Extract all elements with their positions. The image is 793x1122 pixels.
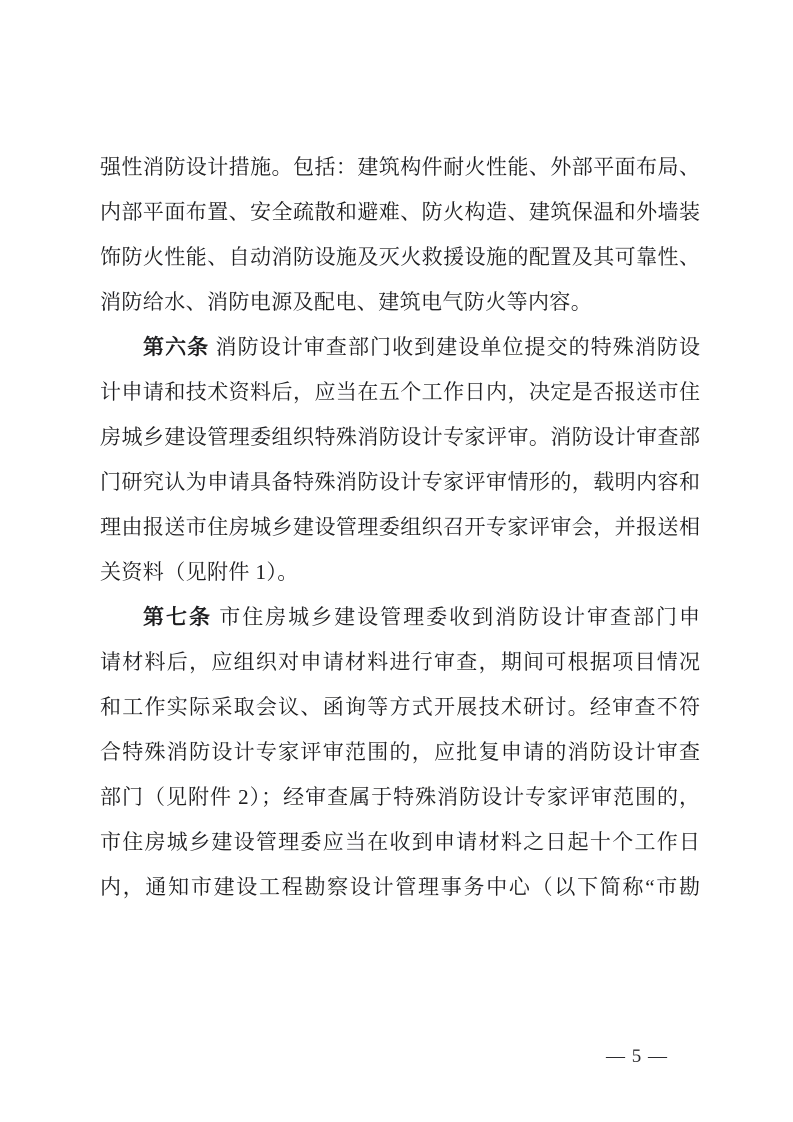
text-line: 和工作实际采取会议、函询等方式开展技术研讨。经审查不符 <box>100 685 700 730</box>
text-line: 合特殊消防设计专家评审范围的，应批复申请的消防设计审查 <box>100 730 700 775</box>
text-line: 请材料后，应组织对申请材料进行审查，期间可根据项目情况 <box>100 640 700 685</box>
text-line: 第七条 市住房城乡建设管理委收到消防设计审查部门申 <box>100 595 700 640</box>
text-line: 关资料（见附件 1）。 <box>100 550 700 595</box>
text-line: 市住房城乡建设管理委应当在收到申请材料之日起十个工作日 <box>100 820 700 865</box>
document-page: 强性消防设计措施。包括：建筑构件耐火性能、外部平面布局、内部平面布置、安全疏散和… <box>0 0 793 1122</box>
text-line: 饰防火性能、自动消防设施及灭火救援设施的配置及其可靠性、 <box>100 235 700 280</box>
text-line: 房城乡建设管理委组织特殊消防设计专家评审。消防设计审查部 <box>100 415 700 460</box>
text-line: 消防给水、消防电源及配电、建筑电气防火等内容。 <box>100 280 700 325</box>
text-line: 内部平面布置、安全疏散和避难、防火构造、建筑保温和外墙装 <box>100 190 700 235</box>
text-line: 内，通知市建设工程勘察设计管理事务中心（以下简称“市勘 <box>100 865 700 910</box>
text-line: 强性消防设计措施。包括：建筑构件耐火性能、外部平面布局、 <box>100 145 700 190</box>
text-line: 理由报送市住房城乡建设管理委组织召开专家评审会，并报送相 <box>100 505 700 550</box>
text-line: 第六条 消防设计审查部门收到建设单位提交的特殊消防设 <box>100 325 700 370</box>
article-number: 第七条 <box>143 605 212 629</box>
text-line: 部门（见附件 2）；经审查属于特殊消防设计专家评审范围的， <box>100 775 700 820</box>
document-body: 强性消防设计措施。包括：建筑构件耐火性能、外部平面布局、内部平面布置、安全疏散和… <box>100 145 700 910</box>
page-number: — 5 — <box>577 1044 697 1070</box>
text-line: 计申请和技术资料后，应当在五个工作日内，决定是否报送市住 <box>100 370 700 415</box>
article-number: 第六条 <box>143 335 209 359</box>
text-line: 门研究认为申请具备特殊消防设计专家评审情形的，载明内容和 <box>100 460 700 505</box>
